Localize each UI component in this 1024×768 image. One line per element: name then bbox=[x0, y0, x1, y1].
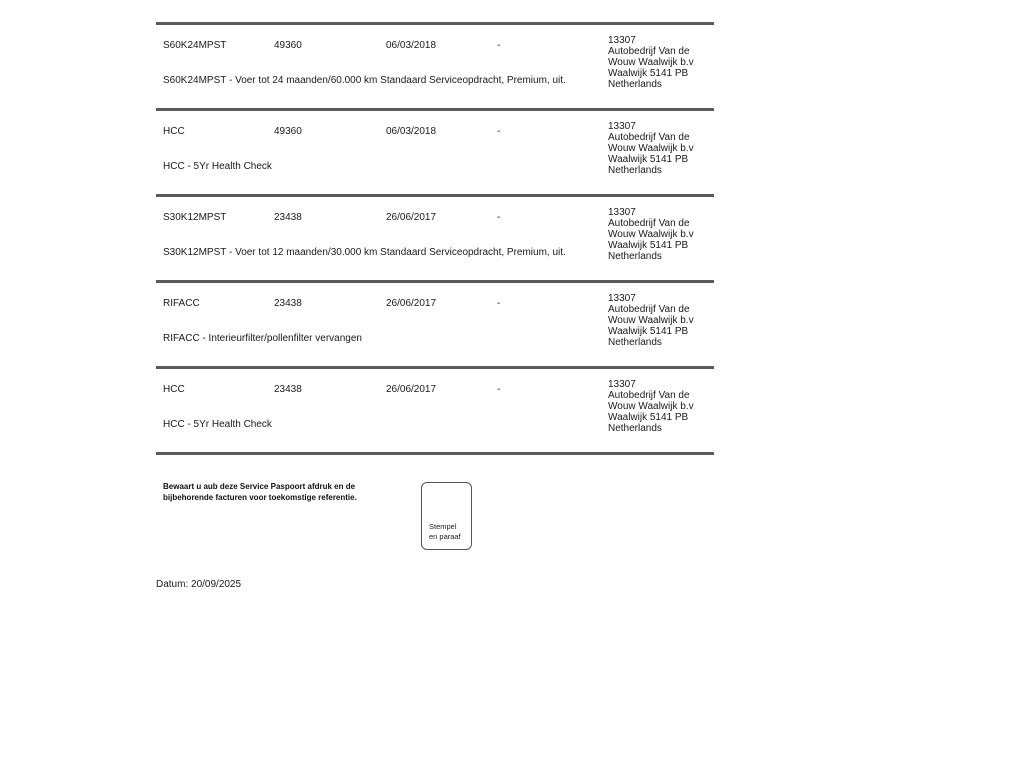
dealer-info-line: Waalwijk 5141 PB bbox=[608, 154, 708, 165]
dealer-info-line: 13307 bbox=[608, 121, 708, 132]
extra-field: - bbox=[497, 126, 500, 137]
mileage: 49360 bbox=[274, 126, 302, 137]
service-description: S60K24MPST - Voer tot 24 maanden/60.000 … bbox=[163, 75, 566, 86]
dealer-info-line: Autobedrijf Van de bbox=[608, 304, 708, 315]
service-code: S60K24MPST bbox=[163, 40, 226, 51]
extra-field: - bbox=[497, 298, 500, 309]
service-code: RIFACC bbox=[163, 298, 200, 309]
dealer-info-line: Waalwijk 5141 PB bbox=[608, 240, 708, 251]
service-date: 26/06/2017 bbox=[386, 384, 436, 395]
dealer-info-line: Autobedrijf Van de bbox=[608, 390, 708, 401]
extra-field: - bbox=[497, 40, 500, 51]
service-description: RIFACC - Interieurfilter/pollenfilter ve… bbox=[163, 333, 362, 344]
service-description: S30K12MPST - Voer tot 12 maanden/30.000 … bbox=[163, 247, 566, 258]
service-date: 26/06/2017 bbox=[386, 212, 436, 223]
stamp-label-line-2: en paraaf bbox=[429, 532, 461, 542]
service-code: HCC bbox=[163, 126, 185, 137]
stamp-label-line-1: Stempel bbox=[429, 522, 461, 532]
dealer-info-line: Netherlands bbox=[608, 251, 708, 262]
service-code: S30K12MPST bbox=[163, 212, 226, 223]
dealer-info-line: Netherlands bbox=[608, 79, 708, 90]
dealer-info-line: Waalwijk 5141 PB bbox=[608, 68, 708, 79]
service-record-row: S60K24MPST4936006/03/2018-S60K24MPST - V… bbox=[156, 25, 714, 108]
mileage: 23438 bbox=[274, 212, 302, 223]
dealer-info-line: Wouw Waalwijk b.v bbox=[608, 143, 708, 154]
service-date: 06/03/2018 bbox=[386, 40, 436, 51]
divider bbox=[156, 452, 714, 455]
dealer-info: 13307Autobedrijf Van deWouw Waalwijk b.v… bbox=[608, 207, 708, 262]
dealer-info: 13307Autobedrijf Van deWouw Waalwijk b.v… bbox=[608, 379, 708, 434]
dealer-info: 13307Autobedrijf Van deWouw Waalwijk b.v… bbox=[608, 35, 708, 90]
dealer-info-line: 13307 bbox=[608, 35, 708, 46]
dealer-info-line: Wouw Waalwijk b.v bbox=[608, 229, 708, 240]
dealer-info-line: Wouw Waalwijk b.v bbox=[608, 401, 708, 412]
service-date: 06/03/2018 bbox=[386, 126, 436, 137]
service-date: 26/06/2017 bbox=[386, 298, 436, 309]
dealer-info-line: 13307 bbox=[608, 207, 708, 218]
service-record-row: RIFACC2343826/06/2017-RIFACC - Interieur… bbox=[156, 283, 714, 366]
service-record-row: S30K12MPST2343826/06/2017-S30K12MPST - V… bbox=[156, 197, 714, 280]
dealer-info-line: 13307 bbox=[608, 293, 708, 304]
extra-field: - bbox=[497, 212, 500, 223]
dealer-info-line: 13307 bbox=[608, 379, 708, 390]
retention-note-line-1: Bewaart u aub deze Service Paspoort afdr… bbox=[163, 482, 393, 493]
service-record-row: HCC2343826/06/2017-HCC - 5Yr Health Chec… bbox=[156, 369, 714, 452]
service-record-row: HCC4936006/03/2018-HCC - 5Yr Health Chec… bbox=[156, 111, 714, 194]
mileage: 49360 bbox=[274, 40, 302, 51]
service-history-table: S60K24MPST4936006/03/2018-S60K24MPST - V… bbox=[156, 22, 714, 455]
dealer-info-line: Wouw Waalwijk b.v bbox=[608, 315, 708, 326]
dealer-info-line: Autobedrijf Van de bbox=[608, 46, 708, 57]
dealer-info-line: Netherlands bbox=[608, 165, 708, 176]
dealer-info-line: Waalwijk 5141 PB bbox=[608, 326, 708, 337]
dealer-info-line: Autobedrijf Van de bbox=[608, 218, 708, 229]
service-description: HCC - 5Yr Health Check bbox=[163, 161, 272, 172]
print-date: Datum: 20/09/2025 bbox=[156, 579, 241, 590]
dealer-info-line: Autobedrijf Van de bbox=[608, 132, 708, 143]
extra-field: - bbox=[497, 384, 500, 395]
dealer-info-line: Netherlands bbox=[608, 337, 708, 348]
dealer-info: 13307Autobedrijf Van deWouw Waalwijk b.v… bbox=[608, 293, 708, 348]
mileage: 23438 bbox=[274, 298, 302, 309]
retention-note: Bewaart u aub deze Service Paspoort afdr… bbox=[163, 482, 393, 503]
mileage: 23438 bbox=[274, 384, 302, 395]
dealer-info: 13307Autobedrijf Van deWouw Waalwijk b.v… bbox=[608, 121, 708, 176]
service-code: HCC bbox=[163, 384, 185, 395]
dealer-info-line: Netherlands bbox=[608, 423, 708, 434]
retention-note-line-2: bijbehorende facturen voor toekomstige r… bbox=[163, 493, 393, 504]
dealer-info-line: Wouw Waalwijk b.v bbox=[608, 57, 708, 68]
service-description: HCC - 5Yr Health Check bbox=[163, 419, 272, 430]
stamp-label: Stempel en paraaf bbox=[429, 522, 461, 542]
dealer-info-line: Waalwijk 5141 PB bbox=[608, 412, 708, 423]
service-records: S60K24MPST4936006/03/2018-S60K24MPST - V… bbox=[156, 25, 714, 455]
stamp-signature-box: Stempel en paraaf bbox=[421, 482, 472, 550]
